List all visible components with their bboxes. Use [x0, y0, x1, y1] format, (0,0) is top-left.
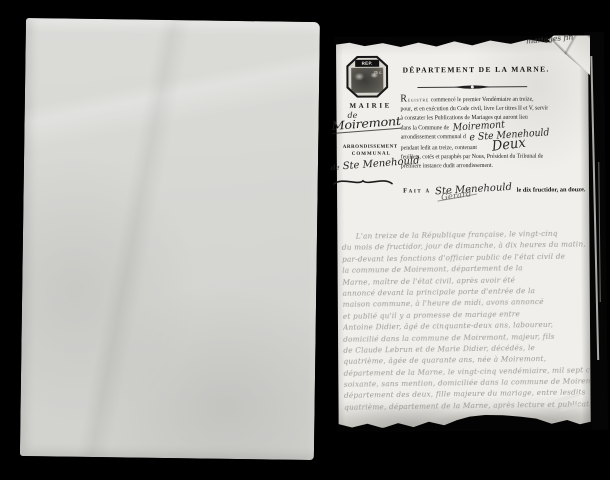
line-text: première instance dudit arrondissement. — [401, 162, 493, 170]
register-paragraph-line: première instance dudit arrondissement. — [401, 160, 587, 171]
scanned-register-photo: mariages fin DÉPARTEMENT DE LA MARNE. RE… — [0, 0, 610, 480]
stamp-banner-label: REP. FRA. — [355, 60, 379, 67]
communal-label: COMMUNAL — [352, 152, 391, 157]
line-text: à constater les Publications de Mariages… — [401, 114, 528, 122]
date-text: le dix fructidor, an douze. — [517, 186, 586, 193]
line-text: arrondissement communal d — [401, 133, 466, 140]
commune-name-handwritten: Moiremont — [331, 114, 401, 134]
line-text: dans la Commune de — [401, 124, 449, 131]
register-title-page: mariages fin DÉPARTEMENT DE LA MARNE. RE… — [336, 38, 591, 428]
arrondissement-label: ARRONDISSEMENT — [343, 145, 398, 150]
line-text: pour, et en exécution du Code civil, liv… — [400, 104, 548, 112]
spindle-divider-ornament — [417, 83, 527, 92]
stamp-inner: REP. FRA. 25 c. — [348, 58, 386, 96]
de-label: de — [331, 163, 340, 172]
line-text: commencé le premier Vendémiaire an treiz… — [431, 96, 534, 104]
register-paragraph: Registrecommencé le premier Vendémiaire … — [400, 93, 587, 171]
torn-bottom-edge — [337, 410, 593, 432]
line-text: pendant ledit an treize, contenant — [401, 144, 477, 152]
stamp-value-label: 25 c. — [374, 70, 383, 75]
mairie-label: MAIRIE — [349, 102, 391, 110]
revenue-stamp: REP. FRA. 25 c. — [346, 56, 388, 98]
flourish-ornament — [333, 178, 393, 187]
handwritten-entry: Deux — [492, 140, 526, 150]
page-title: DÉPARTEMENT DE LA MARNE. — [391, 64, 561, 74]
line-text: feuillets, cotés et paraphés par Nous, P… — [401, 152, 543, 160]
manuscript-act: L'an treize de la République française, … — [342, 227, 591, 413]
fait-line: Fait àSte Menehouldle dix fructidor, an … — [403, 178, 585, 197]
fait-label: Fait à — [403, 187, 431, 194]
blank-left-page — [20, 18, 320, 460]
